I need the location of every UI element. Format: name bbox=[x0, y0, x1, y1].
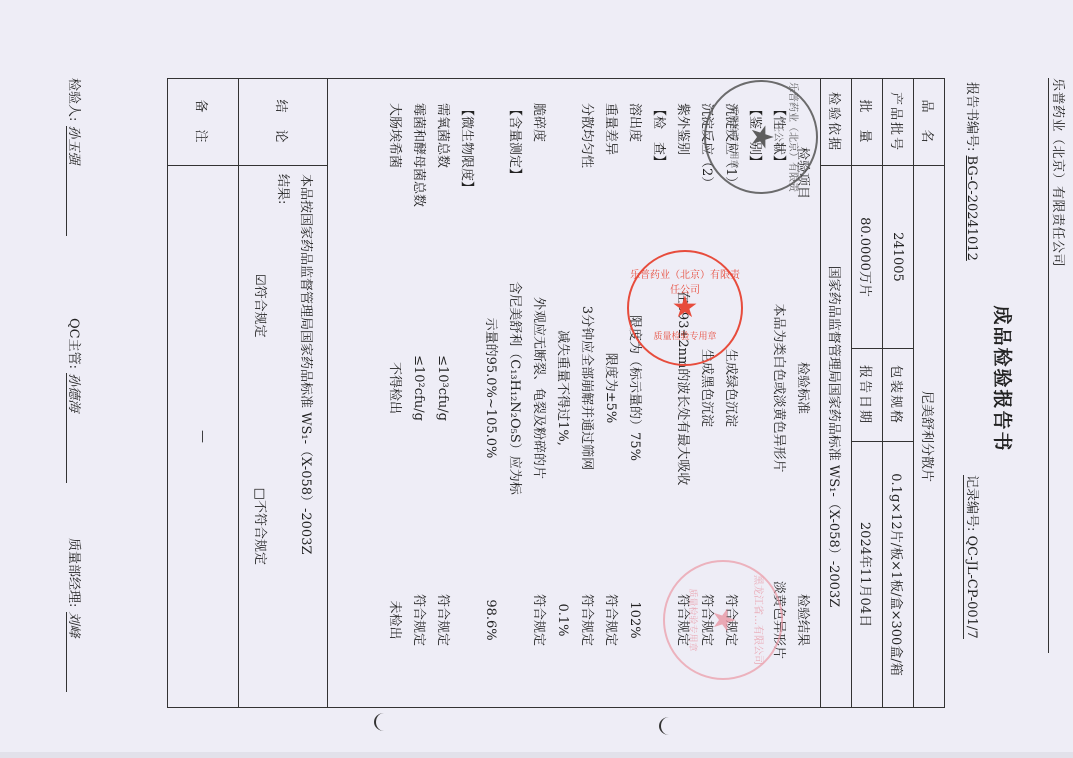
product-name: 尼美舒利分散片 bbox=[914, 166, 945, 708]
remarks-value: — bbox=[168, 166, 239, 708]
report-number-value: BG-C-20241012 bbox=[964, 156, 979, 261]
conclusion-label: 结 论 bbox=[239, 79, 328, 166]
table-row-result: 符合规定 bbox=[526, 533, 550, 707]
qa-name: 刘峰 bbox=[66, 612, 85, 692]
basis-label: 检验依据 bbox=[821, 79, 852, 166]
qa-signature: 质量部经理: 刘峰 bbox=[66, 538, 85, 692]
table-row-standard: ≤10²cfu/g bbox=[406, 243, 430, 533]
record-number-value: 记录编号: QC-JL-CP-001/7 bbox=[963, 475, 979, 639]
product-name-label: 品 名 bbox=[914, 79, 945, 166]
table-row-result: 符合规定 bbox=[406, 533, 430, 707]
table-row-standard: ≤10³cfu/g bbox=[430, 243, 454, 533]
inspector-signature: 检验人: 孙玉强 bbox=[66, 78, 85, 236]
table-row-result: 102% bbox=[622, 533, 646, 707]
package-label: 包装规格 bbox=[883, 349, 914, 442]
paper-edge bbox=[0, 752, 1073, 758]
batch-size-label: 批 量 bbox=[852, 79, 883, 166]
table-row-result bbox=[454, 533, 478, 707]
table-row-result: 未检出 bbox=[382, 533, 406, 707]
table-row-item: 霉菌和酵母菌总数 bbox=[406, 103, 430, 243]
table-row-standard: 限度为±5% bbox=[598, 243, 622, 533]
batch-no-label: 产品批号 bbox=[883, 79, 914, 166]
report-title: 成品检验报告书 bbox=[990, 0, 1017, 758]
table-row-item: 分散均匀性 bbox=[574, 103, 598, 243]
table-row-item bbox=[478, 103, 502, 243]
table-row-standard bbox=[742, 243, 766, 533]
batch-size: 80.0000万片 bbox=[852, 166, 883, 349]
gray-seal: 乐普药业（北京）有限责任公司 ★ 质量检验专用章 bbox=[704, 80, 818, 194]
record-number: 记录编号: QC-JL-CP-001/7 bbox=[964, 475, 983, 639]
fail-checkbox: □不符合规定 bbox=[249, 488, 272, 565]
batch-no: 241005 bbox=[883, 166, 914, 349]
package-spec: 0.1g×12片/板×1板/盒×300盒/箱 bbox=[883, 442, 914, 708]
table-row-item: 脆碎度 bbox=[526, 103, 550, 243]
inspector-name: 孙玉强 bbox=[66, 126, 85, 236]
table-row-result: 符合规定 bbox=[430, 533, 454, 707]
pink-seal-subtext: 质量检验专用章 bbox=[687, 562, 700, 678]
table-row-result: 0.1% bbox=[550, 533, 574, 707]
table-row-item: 大肠埃希菌 bbox=[382, 103, 406, 243]
table-row-item: 重量差异 bbox=[598, 103, 622, 243]
table-row-standard: 示量的95.0%~105.0% bbox=[478, 243, 502, 533]
table-row-standard: 不得检出 bbox=[382, 243, 406, 533]
table-row-standard: 含尼美舒利（C₁₃H₁₂N₂O₅S）应为标 bbox=[502, 243, 526, 533]
punch-hole-icon bbox=[374, 713, 394, 731]
header-rule bbox=[1048, 78, 1049, 653]
company-name: 乐普药业（北京）有限责任公司 bbox=[1050, 78, 1069, 267]
punch-hole-icon bbox=[659, 717, 679, 735]
red-seal-text: 乐普药业（北京）有限责任公司 bbox=[629, 266, 741, 296]
pink-seal-text: 黑龙江省…有限公司 bbox=[752, 562, 767, 678]
column-header-standard: 检验标准 bbox=[790, 243, 814, 533]
star-icon: ★ bbox=[672, 293, 699, 323]
table-row-item: 溶出度 bbox=[622, 103, 646, 243]
conclusion-cell: 本品按国家药品监督管理局国家药品标准 WS₁-（X-058）-2003Z 结果:… bbox=[239, 166, 328, 708]
table-row-result: 98.6% bbox=[478, 533, 502, 707]
scanned-report-page: 乐普药业（北京）有限责任公司 成品检验报告书 报告书编号: BG-C-20241… bbox=[0, 0, 1073, 758]
qc-label: QC主管: bbox=[66, 318, 81, 369]
red-quality-seal: 乐普药业（北京）有限责任公司 ★ 质量检验专用章 bbox=[627, 250, 743, 366]
qa-label: 质量部经理: bbox=[66, 538, 81, 607]
column-header-result: 检验结果 bbox=[790, 533, 814, 707]
table-row-standard: 3分钟应全部崩解并通过筛网 bbox=[574, 243, 598, 533]
inspection-basis: 国家药品监督管理局国家药品标准 WS₁-（X-058）-2003Z bbox=[821, 166, 852, 708]
pass-checkbox: ☑符合规定 bbox=[249, 274, 272, 338]
gray-seal-text: 乐普药业（北京）有限责任公司 bbox=[772, 82, 802, 192]
inspection-table: 品 名 尼美舒利分散片 产品批号 241005 包装规格 0.1g×12片/板×… bbox=[167, 78, 945, 708]
gray-seal-subtext: 质量检验专用章 bbox=[728, 82, 741, 192]
table-row-result bbox=[502, 533, 526, 707]
conclusion-text: 本品按国家药品监督管理局国家药品标准 WS₁-（X-058）-2003Z bbox=[295, 174, 318, 699]
table-row-item: 【检 查】 bbox=[646, 103, 670, 243]
star-icon: ★ bbox=[708, 607, 738, 634]
table-row-item: 【微生物限度】 bbox=[454, 103, 478, 243]
report-number-label: 报告书编号: bbox=[964, 82, 979, 151]
conclusion-result-label: 结果: bbox=[272, 174, 295, 699]
conclusion-options: ☑符合规定 □不符合规定 bbox=[249, 174, 272, 699]
table-row-item: 需氧菌总数 bbox=[430, 103, 454, 243]
red-seal-subtext: 质量检验专用章 bbox=[629, 329, 741, 342]
report-date-label: 报告日期 bbox=[852, 349, 883, 442]
report-number: 报告书编号: BG-C-20241012 bbox=[964, 82, 983, 261]
inspector-label: 检验人: bbox=[66, 78, 81, 121]
table-row-standard: 减失重量不得过1%, bbox=[550, 243, 574, 533]
table-row-item: 【含量测定】 bbox=[502, 103, 526, 243]
qc-name: 孙德海 bbox=[66, 373, 85, 483]
table-row-result: 符合规定 bbox=[574, 533, 598, 707]
table-row-standard: 本品为类白色或淡黄色异形片 bbox=[766, 243, 790, 533]
qc-signature: QC主管: 孙德海 bbox=[66, 318, 85, 483]
table-row-standard: 外观应无断裂、龟裂及粉碎的片 bbox=[526, 243, 550, 533]
remarks-label: 备 注 bbox=[168, 79, 239, 166]
table-row-item bbox=[550, 103, 574, 243]
pink-seal: 黑龙江省…有限公司 ★ 质量检验专用章 bbox=[663, 560, 783, 680]
table-row-standard bbox=[454, 243, 478, 533]
table-row-result: 符合规定 bbox=[598, 533, 622, 707]
report-date: 2024年11月04日 bbox=[852, 442, 883, 708]
table-row-item: 紫外鉴别 bbox=[670, 103, 694, 243]
